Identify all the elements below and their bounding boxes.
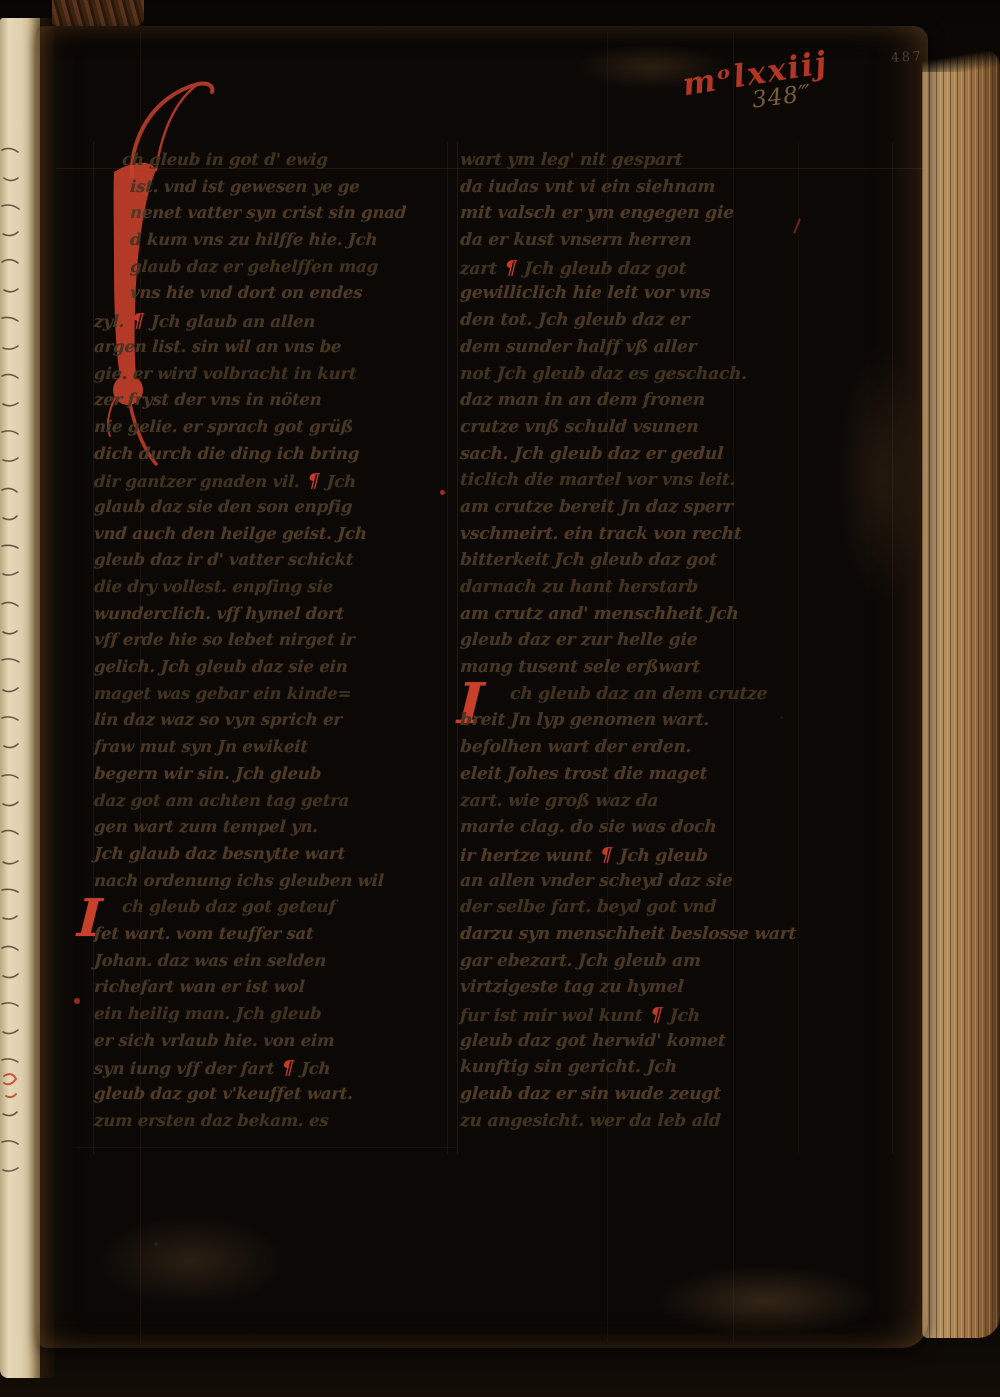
text-line: zum ersten daz bekam. es — [93, 1111, 450, 1138]
text-line: crutze vnß schuld vsunen — [459, 417, 906, 444]
text-line: den tot. Jch gleub daz er — [459, 310, 906, 337]
stain — [96, 1216, 286, 1306]
text-line: gar ebezart. Jch gleub am — [459, 951, 906, 978]
text-line: Ich gleub in got d' ewig — [93, 150, 450, 177]
text-line: eleit Johes trost die maget — [459, 764, 906, 791]
text-line: dem sunder halff vß aller — [459, 337, 906, 364]
text-line: gewilliclich hie leit vor vns — [459, 283, 906, 310]
text-line: da er kust vnsern herren — [459, 230, 906, 257]
text-line: glaub daz er gehelffen mag — [93, 257, 450, 284]
text-line: maget was gebar ein kinde= — [93, 684, 450, 711]
text-line: fet wart. vom teuffer sat — [93, 924, 450, 951]
pilcrow-mark: ¶ — [279, 1057, 296, 1079]
text-line: Jch glaub daz besnytte wart — [93, 844, 450, 871]
speck — [154, 1242, 158, 1246]
text-line: am crutz and' menschheit Jch — [459, 604, 906, 631]
text-line: gie. er wird volbracht in kurt — [93, 364, 450, 391]
pilcrow-mark: ¶ — [305, 470, 322, 492]
text-line: richefart wan er ist wol — [93, 977, 450, 1004]
text-column-right: wart ym leg' nit gespartda iudas vnt vi … — [460, 150, 906, 1137]
text-line: nach ordenung ichs gleuben wil — [93, 871, 450, 898]
text-line: er sich vrlaub hie. von eim — [93, 1031, 450, 1058]
text-line: zart. wie groß waz da — [459, 791, 906, 818]
text-line: nie gelie. er sprach got grüß — [93, 417, 450, 444]
red-dot-mark — [74, 998, 80, 1004]
pilcrow-mark: ¶ — [597, 844, 614, 866]
text-line: die dry vollest. enpfing sie — [93, 577, 450, 604]
text-line: marie clag. do sie was doch — [459, 817, 906, 844]
text-line: bitterkeit Jch gleub daz got — [459, 550, 906, 577]
modern-folio-number: 487 — [891, 49, 924, 66]
text-line: zu angesicht. wer da leb ald — [459, 1111, 906, 1138]
text-line: ir hertze wunt ¶ Jch gleub — [459, 844, 906, 871]
text-line: vns hie vnd dort on endes — [93, 283, 450, 310]
text-line: zyl. ¶ Jch glaub an allen — [93, 310, 450, 337]
text-line: not Jch gleub daz es geschach. — [459, 364, 906, 391]
text-line: vff erde hie so lebet nirget ir — [93, 630, 450, 657]
text-line: der selbe fart. beyd got vnd — [459, 897, 906, 924]
text-column-left: Ich gleub in got d' ewigist. vnd ist gew… — [94, 150, 450, 1137]
text-line: glaub daz sie den son enpfig — [93, 497, 450, 524]
text-line: Ich gleub daz got geteuf — [93, 897, 450, 924]
text-line: an allen vnder scheyd daz sie — [459, 871, 906, 898]
text-line: Ich gleub daz an dem crutze — [459, 684, 906, 711]
text-line: breit Jn lyp genomen wart. — [459, 710, 906, 737]
text-line: am crutze bereit Jn daz sperr — [459, 497, 906, 524]
text-line: vnd auch den heilge geist. Jch — [93, 524, 450, 551]
text-line: dich durch die ding ich bring — [93, 444, 450, 471]
text-line: darzu syn menschheit beslosse wart — [459, 924, 906, 951]
text-line: virtzigeste tag zu hymel — [459, 977, 906, 1004]
text-line: gleub daz ir d' vatter schickt — [93, 550, 450, 577]
text-line: ist. vnd ist gewesen ye ge — [93, 177, 450, 204]
text-line: argen list. sin wil an vns be — [93, 337, 450, 364]
text-line: mang tusent sele erßwart — [459, 657, 906, 684]
text-line: dir gantzer gnaden vil. ¶ Jch — [93, 470, 450, 497]
text-line: zart ¶ Jch gleub daz got — [459, 257, 906, 284]
text-line: zer fryst der vns in nöten — [93, 390, 450, 417]
binding-fragment — [52, 0, 144, 26]
text-line: gleub daz got herwid' komet — [459, 1031, 906, 1058]
text-line: lin daz waz so vyn sprich er — [93, 710, 450, 737]
text-line: befolhen wart der erden. — [459, 737, 906, 764]
text-line: sach. Jch gleub daz er gedul — [459, 444, 906, 471]
text-line: daz man in an dem fronen — [459, 390, 906, 417]
text-line: gelich. Jch gleub daz sie ein — [93, 657, 450, 684]
text-line: daz got am achten tag getra — [93, 791, 450, 818]
text-line: nenet vatter syn crist sin gnad — [93, 203, 450, 230]
ruling-line-column-bound — [457, 142, 458, 1154]
fore-edge-pages — [922, 50, 1000, 1338]
text-line: mit valsch er ym engegen gie — [459, 203, 906, 230]
text-line: gen wart zum tempel yn. — [93, 817, 450, 844]
manuscript-photo: mᵒlxxiij 348‴ 487 Ich gleub in got d' ew… — [0, 0, 1000, 1397]
text-line: ticlich die martel vor vns leit. — [459, 470, 906, 497]
text-line: fur ist mir wol kunt ¶ Jch — [459, 1004, 906, 1031]
stain — [656, 1266, 876, 1336]
pilcrow-mark: ¶ — [648, 1004, 665, 1026]
text-line: fraw mut syn Jn ewikeit — [93, 737, 450, 764]
text-line: gleub daz er zur helle gie — [459, 630, 906, 657]
text-line: gleub daz got v'keuffet wart. — [93, 1084, 450, 1111]
manuscript-page: mᵒlxxiij 348‴ 487 Ich gleub in got d' ew… — [36, 26, 928, 1348]
text-line: wunderclich. vff hymel dort — [93, 604, 450, 631]
text-line: ein heilig man. Jch gleub — [93, 1004, 450, 1031]
pilcrow-mark: ¶ — [502, 257, 519, 279]
text-line: darnach zu hant herstarb — [459, 577, 906, 604]
text-line: wart ym leg' nit gespart — [459, 150, 906, 177]
text-line: kunftig sin gericht. Jch — [459, 1057, 906, 1084]
text-line: begern wir sin. Jch gleub — [93, 764, 450, 791]
text-line: vschmeirt. ein track von recht — [459, 524, 906, 551]
pilcrow-mark: ¶ — [129, 310, 146, 332]
text-line: syn iung vff der fart ¶ Jch — [93, 1057, 450, 1084]
text-line: d kum vns zu hilffe hie. Jch — [93, 230, 450, 257]
text-line: Johan. daz was ein selden — [93, 951, 450, 978]
text-line: da iudas vnt vi ein siehnam — [459, 177, 906, 204]
text-line: gleub daz er sin wude zeugt — [459, 1084, 906, 1111]
ruling-line-horizontal — [76, 1147, 456, 1148]
